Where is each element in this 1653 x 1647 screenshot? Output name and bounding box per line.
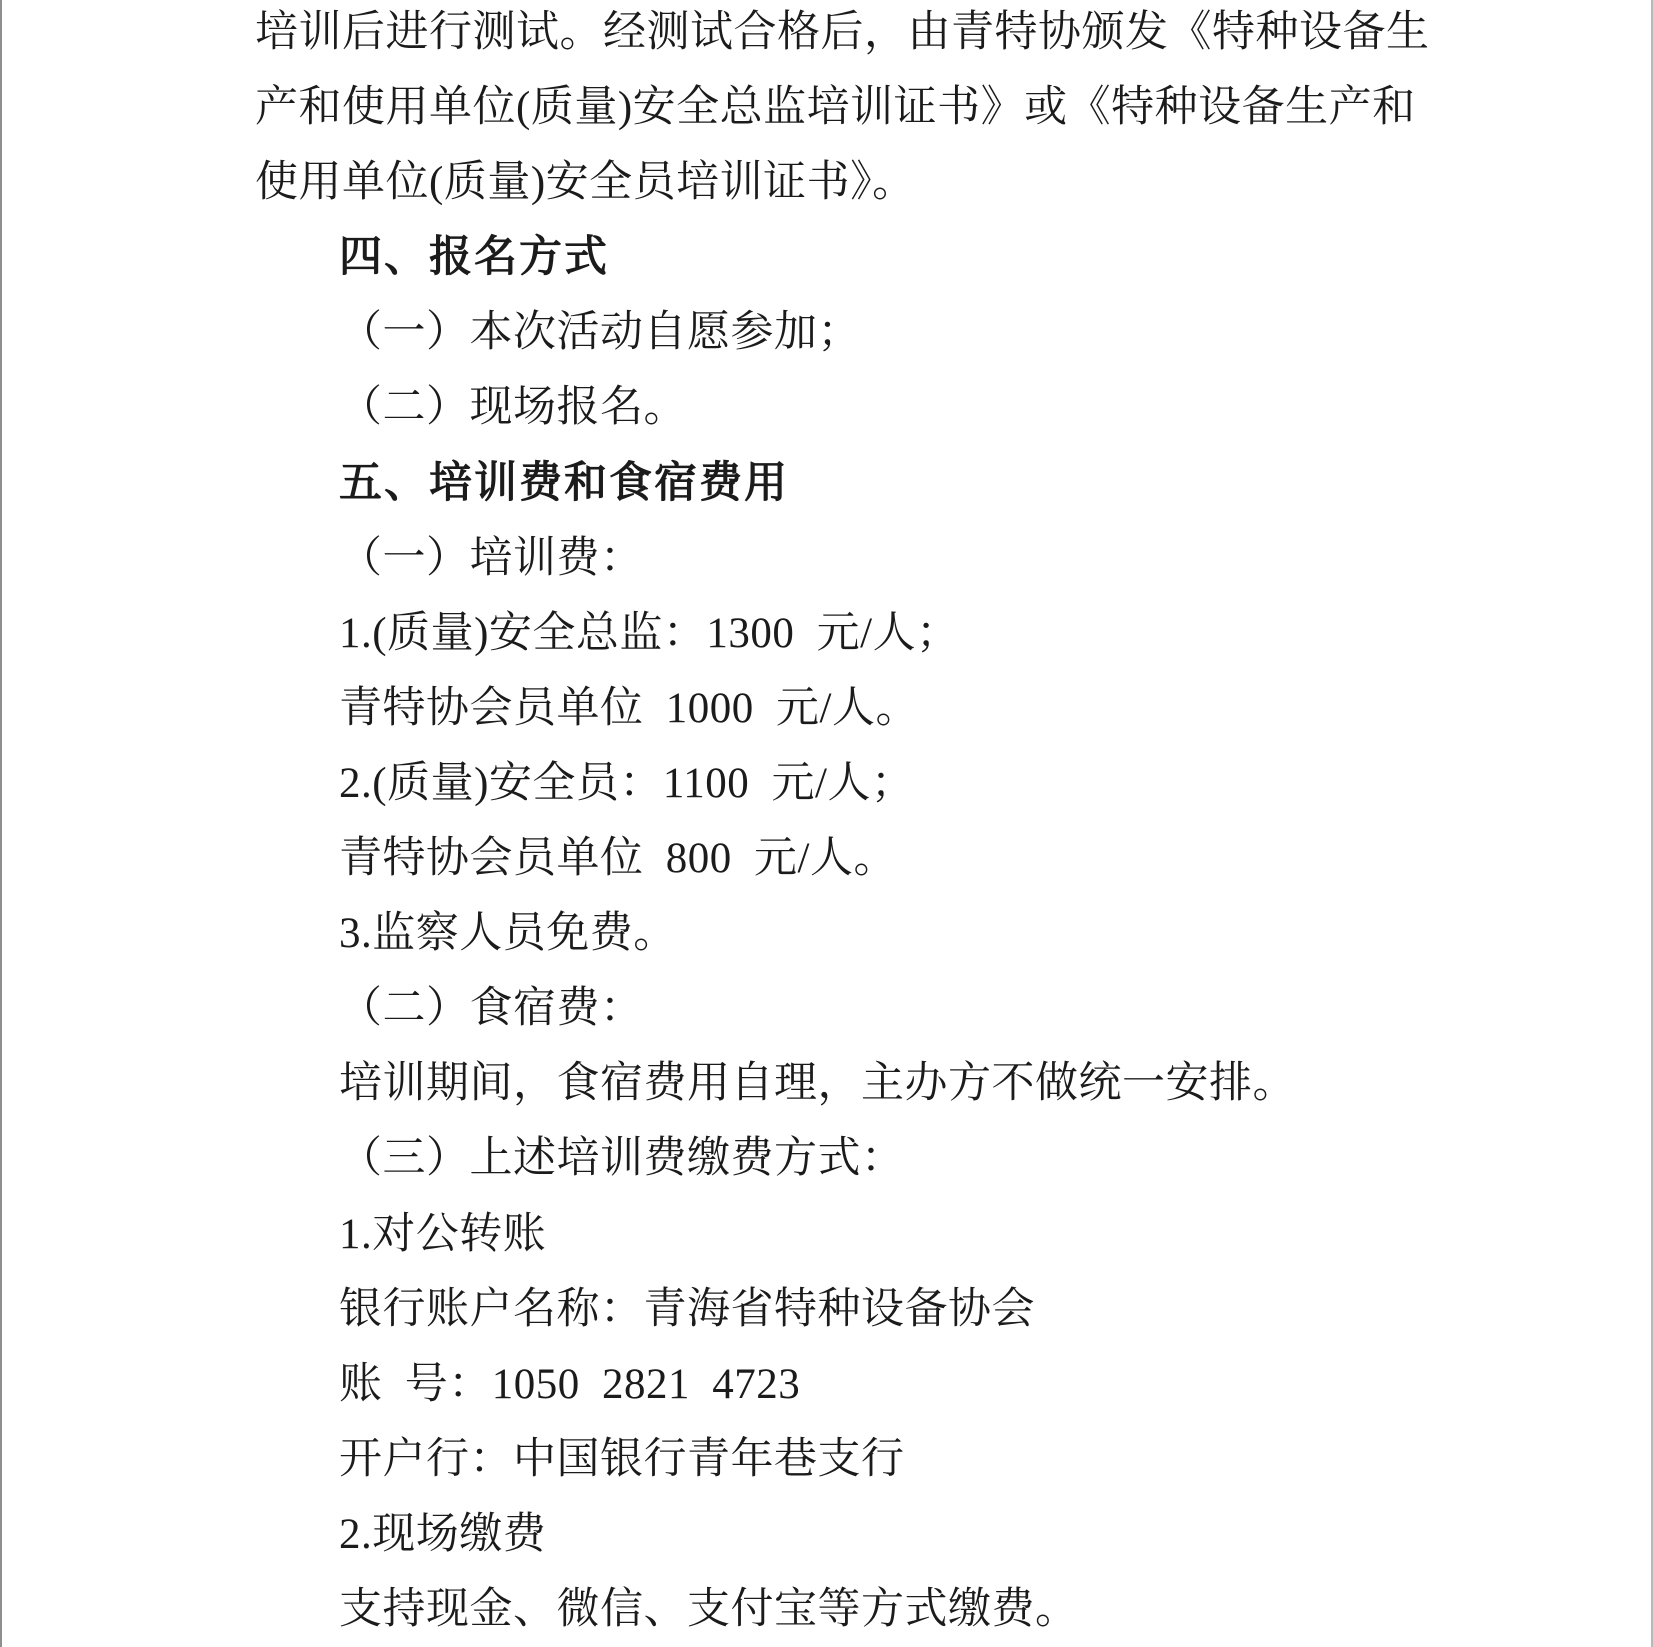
fee-safety-officer: 2.(质量)安全员：1100 元/人；	[255, 746, 1440, 821]
paragraph-continuation-line-2: 产和使用单位(质量)安全总监培训证书》或《特种设备生产和	[255, 70, 1440, 145]
payment-method-bank-transfer: 1.对公转账	[255, 1197, 1440, 1272]
registration-item-onsite: （二）现场报名。	[255, 370, 1440, 445]
lodging-fee-note: 培训期间，食宿费用自理，主办方不做统一安排。	[255, 1046, 1440, 1121]
document-body: 培训后进行测试。经测试合格后，由青特协颁发《特种设备生 产和使用单位(质量)安全…	[255, 0, 1440, 1647]
bank-branch: 开户行：中国银行青年巷支行	[255, 1422, 1440, 1497]
scan-edge-left	[0, 0, 2, 1647]
fee-safety-officer-member: 青特协会员单位 800 元/人。	[255, 821, 1440, 896]
payment-method-onsite: 2.现场缴费	[255, 1497, 1440, 1572]
paragraph-continuation-line-3: 使用单位(质量)安全员培训证书》。	[255, 145, 1440, 220]
lodging-fee-label: （二）食宿费：	[255, 971, 1440, 1046]
bank-account-number: 账 号：1050 2821 4723	[255, 1347, 1440, 1422]
payment-onsite-options: 支持现金、微信、支付宝等方式缴费。	[255, 1572, 1440, 1647]
fee-safety-director-member: 青特协会员单位 1000 元/人。	[255, 671, 1440, 746]
section-heading-fees: 五、培训费和食宿费用	[255, 446, 1440, 521]
document-page: 培训后进行测试。经测试合格后，由青特协颁发《特种设备生 产和使用单位(质量)安全…	[0, 0, 1653, 1647]
fee-inspectors-free: 3.监察人员免费。	[255, 896, 1440, 971]
paragraph-continuation-line-1: 培训后进行测试。经测试合格后，由青特协颁发《特种设备生	[255, 0, 1440, 70]
training-fee-label: （一）培训费：	[255, 521, 1440, 596]
registration-item-voluntary: （一）本次活动自愿参加；	[255, 295, 1440, 370]
payment-methods-label: （三）上述培训费缴费方式：	[255, 1121, 1440, 1196]
bank-account-name: 银行账户名称：青海省特种设备协会	[255, 1272, 1440, 1347]
fee-safety-director: 1.(质量)安全总监：1300 元/人；	[255, 596, 1440, 671]
section-heading-registration: 四、报名方式	[255, 220, 1440, 295]
